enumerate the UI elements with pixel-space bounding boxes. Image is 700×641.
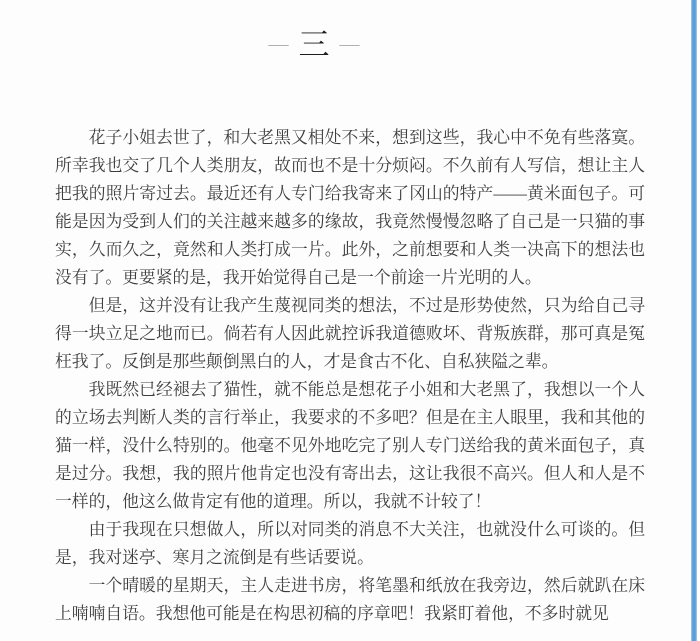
right-edge-accent-bar bbox=[691, 0, 697, 641]
paragraph: 但是，这并没有让我产生蔑视同类的想法，不过是形势使然，只为给自己寻得一块立足之地… bbox=[55, 292, 645, 376]
body-text: 花子小姐去世了，和大老黑又相处不来，想到这些，我心中不免有些落寞。所幸我也交了几… bbox=[55, 124, 645, 628]
ornament-dash-right: — bbox=[340, 34, 360, 54]
paragraph: 我既然已经褪去了猫性，就不能总是想花子小姐和大老黑了，我想以一个人的立场去判断人… bbox=[55, 376, 645, 516]
paragraph: 由于我现在只想做人，所以对同类的消息不大关注，也就没什么可谈的。但是，我对迷亭、… bbox=[55, 516, 645, 572]
chapter-number-title: 三 bbox=[299, 29, 330, 60]
ornament-dash-left: — bbox=[269, 34, 289, 54]
paragraph: 一个晴暖的星期天，主人走进书房，将笔墨和纸放在我旁边，然后就趴在床上喃喃自语。我… bbox=[55, 572, 645, 628]
chapter-heading: — 三 — bbox=[0, 24, 628, 64]
paragraph: 花子小姐去世了，和大老黑又相处不来，想到这些，我心中不免有些落寞。所幸我也交了几… bbox=[55, 124, 645, 292]
book-page: — 三 — 花子小姐去世了，和大老黑又相处不来，想到这些，我心中不免有些落寞。所… bbox=[0, 0, 700, 641]
